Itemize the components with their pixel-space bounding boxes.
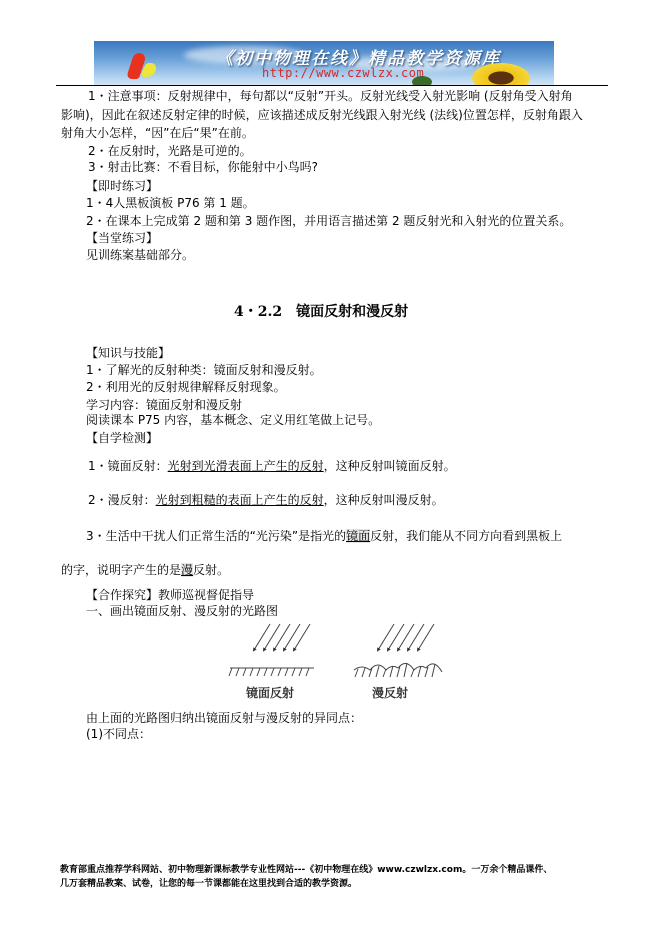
- q2-prefix: 2・漫反射：: [88, 493, 156, 507]
- header-banner: 《初中物理在线》精品教学资源库 http://www.czwlzx.com: [94, 41, 554, 86]
- instant-practice-item-1: 1・4人黑板演板 P76 第 1 题。: [86, 196, 255, 210]
- rough-surface: [354, 663, 442, 677]
- footer-line-2: 几万套精品教案、试卷，让您的每一节课都能在这里找到合适的教学资源。: [60, 878, 357, 890]
- q3-text: 3・生活中干扰人们正常生活的“光污染”是指光的: [86, 529, 346, 543]
- q3-blank-1: 镜面: [346, 529, 370, 543]
- self-check-q2: 2・漫反射：光射到粗糙的表面上产生的反射，这种反射叫漫反射。: [88, 493, 444, 507]
- reading-instruction: 阅读课本 P75 内容，基本概念、定义用红笔做上记号。: [86, 413, 380, 427]
- q1-answer: 光射到光滑表面上产生的反射: [168, 459, 324, 473]
- footer-line-1: 教育部重点推荐学科网站、初中物理新课标教学专业性网站---《初中物理在线》www…: [60, 864, 552, 876]
- cooperate-header: 【合作探究】教师巡视督促指导: [86, 588, 254, 602]
- q3-text: 反射，我们能从不同方向看到黑板上: [370, 529, 562, 543]
- instant-practice-header: 【即时练习】: [86, 179, 158, 193]
- note-3: 3・射击比赛：不看目标，你能射中小鸟吗?: [88, 160, 318, 174]
- q3-blank-2: 漫: [181, 563, 193, 577]
- knowledge-header: 【知识与技能】: [86, 346, 170, 360]
- self-check-header: 【自学检测】: [86, 431, 158, 445]
- specular-label: 镜面反射: [246, 684, 294, 701]
- diffuse-label: 漫反射: [372, 684, 408, 701]
- sunflower-icon: [472, 63, 530, 86]
- cooperate-task: 一、画出镜面反射、漫反射的光路图: [86, 604, 278, 618]
- self-check-q3-line-1: 3・生活中干扰人们正常生活的“光污染”是指光的镜面反射，我们能从不同方向看到黑板…: [86, 529, 562, 543]
- smooth-surface: [229, 668, 314, 676]
- q3-text: 的字，说明字产生的是: [61, 563, 181, 577]
- q2-answer: 光射到粗糙的表面上产生的反射: [156, 493, 324, 507]
- specular-incident-rays: [254, 624, 310, 650]
- class-practice-text: 见训练案基础部分。: [86, 248, 194, 262]
- diffuse-incident-rays: [378, 624, 434, 650]
- note-2: 2・在反射时，光路是可逆的。: [88, 144, 252, 158]
- knowledge-item-1: 1・了解光的反射种类：镜面反射和漫反射。: [86, 363, 322, 377]
- banner-url: http://www.czwlzx.com: [262, 66, 424, 80]
- class-practice-header: 【当堂练习】: [86, 231, 158, 245]
- note-1-line-2: 影响)，因此在叙述反射定律的时候，应该描述成反射光线跟入射光线 (法线)位置怎样…: [61, 108, 583, 122]
- section-title: 4・2.2 镜面反射和漫反射: [234, 301, 408, 321]
- note-1-line-3: 射角大小怎样，“因”在后“果”在前。: [61, 126, 254, 140]
- q3-text: 反射。: [193, 563, 229, 577]
- knowledge-item-2: 2・利用光的反射规律解释反射现象。: [86, 380, 286, 394]
- summary-prompt: 由上面的光路图归纳出镜面反射与漫反射的异同点：: [86, 711, 362, 725]
- header-divider: [56, 85, 608, 86]
- note-1-line-1: 1・注意事项：反射规律中，每句都以“反射”开头。反射光线受入射光影响 (反射角受…: [88, 89, 573, 103]
- light-path-diagram: [222, 620, 452, 680]
- instant-practice-item-2: 2・在课本上完成第 2 题和第 3 题作图，并用语言描述第 2 题反射光和入射光…: [86, 214, 571, 228]
- q1-prefix: 1・镜面反射：: [88, 459, 168, 473]
- learning-content: 学习内容：镜面反射和漫反射: [86, 398, 242, 412]
- q2-suffix: ，这种反射叫漫反射。: [324, 493, 444, 507]
- differences-label: (1)不同点：: [86, 727, 151, 741]
- self-check-q3-line-2: 的字，说明字产生的是漫反射。: [61, 563, 229, 577]
- q1-suffix: ，这种反射叫镜面反射。: [324, 459, 456, 473]
- self-check-q1: 1・镜面反射：光射到光滑表面上产生的反射，这种反射叫镜面反射。: [88, 459, 456, 473]
- reflection-diagram: 镜面反射 漫反射: [222, 620, 452, 702]
